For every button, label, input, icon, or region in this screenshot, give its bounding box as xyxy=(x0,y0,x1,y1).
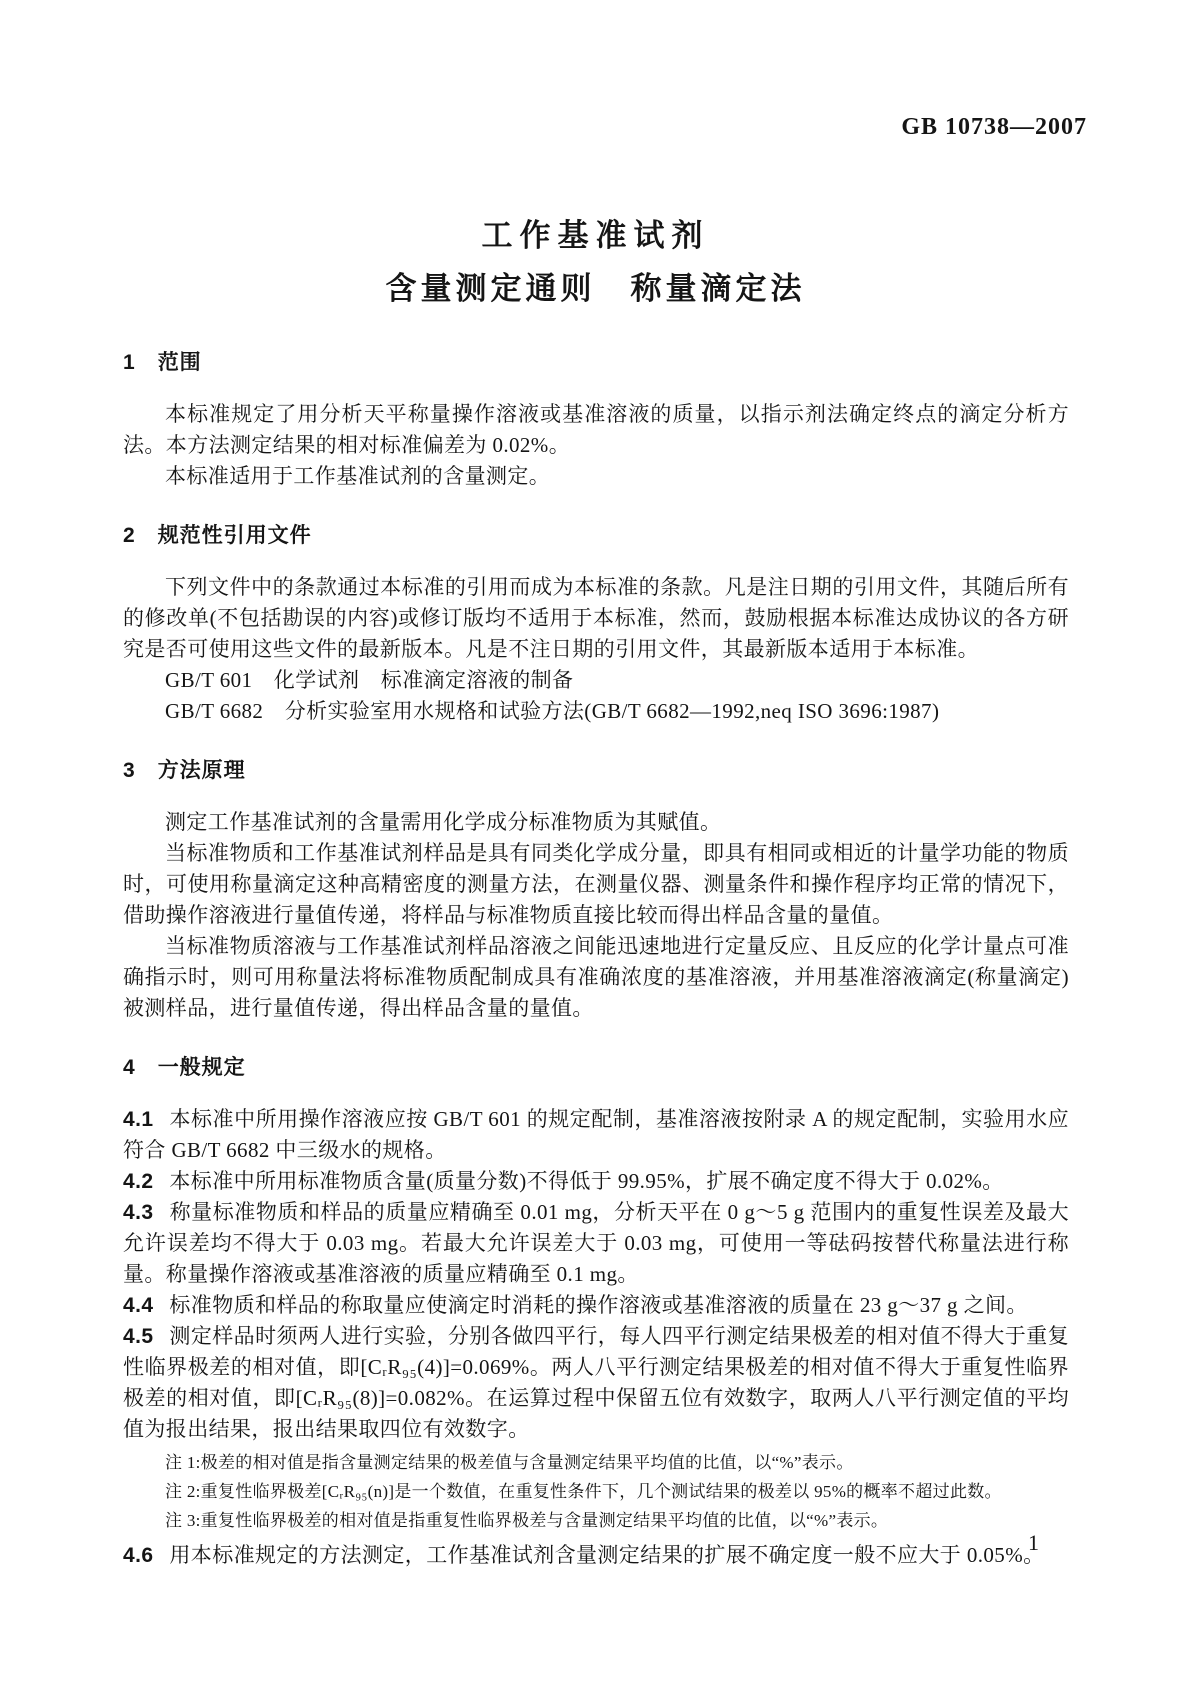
clause-number: 4.5 xyxy=(123,1325,153,1348)
clause-text: 测定样品时须两人进行实验，分别各做四平行，每人四平行测定结果极差的相对值不得大于… xyxy=(123,1324,1069,1441)
paragraph: 下列文件中的条款通过本标准的引用而成为本标准的条款。凡是注日期的引用文件，其随后… xyxy=(123,572,1069,665)
paragraph: 本标准适用于工作基准试剂的含量测定。 xyxy=(123,461,1069,492)
section-title: 规范性引用文件 xyxy=(158,524,312,547)
document-title: 工作基准试剂 含量测定通则 称量滴定法 xyxy=(0,210,1191,308)
paragraph: 本标准规定了用分析天平称量操作溶液或基准溶液的质量，以指示剂法确定终点的滴定分析… xyxy=(123,399,1069,461)
section-heading-principle: 3方法原理 xyxy=(123,754,1069,784)
section-number: 2 xyxy=(123,524,136,547)
note-2: 注 2:重复性临界极差[CᵣR₉₅(n)]是一个数值，在重复性条件下，几个测试结… xyxy=(123,1477,1069,1506)
section-title: 方法原理 xyxy=(158,759,246,782)
section-heading-general: 4一般规定 xyxy=(123,1051,1069,1081)
clause-number: 4.4 xyxy=(123,1294,153,1317)
paragraph: 测定工作基准试剂的含量需用化学成分标准物质为其赋值。 xyxy=(123,807,1069,838)
clause-4-2: 4.2本标准中所用标准物质含量(质量分数)不得低于 99.95%，扩展不确定度不… xyxy=(123,1166,1069,1197)
reference-item: GB/T 6682 分析实验室用水规格和试验方法(GB/T 6682—1992,… xyxy=(123,696,1069,727)
notes-block: 注 1:极差的相对值是指含量测定结果的极差值与含量测定结果平均值的比值，以“%”… xyxy=(123,1448,1069,1535)
clause-number: 4.6 xyxy=(123,1544,153,1567)
section-number: 4 xyxy=(123,1056,136,1079)
section-heading-scope: 1范围 xyxy=(123,346,1069,376)
document-page: GB 10738—2007 工作基准试剂 含量测定通则 称量滴定法 1范围 本标… xyxy=(0,0,1191,1684)
note-3: 注 3:重复性临界极差的相对值是指重复性临界极差与含量测定结果平均值的比值，以“… xyxy=(123,1506,1069,1535)
clause-text: 本标准中所用标准物质含量(质量分数)不得低于 99.95%，扩展不确定度不得大于… xyxy=(169,1169,1003,1193)
reference-item: GB/T 601 化学试剂 标准滴定溶液的制备 xyxy=(123,665,1069,696)
section-heading-references: 2规范性引用文件 xyxy=(123,519,1069,549)
paragraph: 当标准物质溶液与工作基准试剂样品溶液之间能迅速地进行定量反应、且反应的化学计量点… xyxy=(123,931,1069,1024)
note-1: 注 1:极差的相对值是指含量测定结果的极差值与含量测定结果平均值的比值，以“%”… xyxy=(123,1448,1069,1477)
paragraph: 当标准物质和工作基准试剂样品是具有同类化学成分量，即具有相同或相近的计量学功能的… xyxy=(123,838,1069,931)
clause-4-6: 4.6用本标准规定的方法测定，工作基准试剂含量测定结果的扩展不确定度一般不应大于… xyxy=(123,1540,1069,1571)
clause-text: 用本标准规定的方法测定，工作基准试剂含量测定结果的扩展不确定度一般不应大于 0.… xyxy=(169,1543,1044,1567)
document-body: 1范围 本标准规定了用分析天平称量操作溶液或基准溶液的质量，以指示剂法确定终点的… xyxy=(123,346,1069,1571)
standard-code: GB 10738—2007 xyxy=(901,114,1087,141)
clause-4-1: 4.1本标准中所用操作溶液应按 GB/T 601 的规定配制，基准溶液按附录 A… xyxy=(123,1104,1069,1166)
section-number: 3 xyxy=(123,759,136,782)
clause-text: 标准物质和样品的称取量应使滴定时消耗的操作溶液或基准溶液的质量在 23 g～37… xyxy=(169,1293,1027,1317)
section-title: 范围 xyxy=(158,351,202,374)
page-number: 1 xyxy=(1028,1530,1039,1556)
clause-number: 4.1 xyxy=(123,1108,153,1131)
section-number: 1 xyxy=(123,351,136,374)
title-line-2: 含量测定通则 称量滴定法 xyxy=(0,263,1191,308)
clause-number: 4.3 xyxy=(123,1201,153,1224)
clause-number: 4.2 xyxy=(123,1170,153,1193)
clause-4-5: 4.5测定样品时须两人进行实验，分别各做四平行，每人四平行测定结果极差的相对值不… xyxy=(123,1321,1069,1445)
section-title: 一般规定 xyxy=(158,1056,246,1079)
clause-text: 本标准中所用操作溶液应按 GB/T 601 的规定配制，基准溶液按附录 A 的规… xyxy=(123,1107,1069,1162)
clause-4-3: 4.3称量标准物质和样品的质量应精确至 0.01 mg，分析天平在 0 g～5 … xyxy=(123,1197,1069,1290)
title-line-1: 工作基准试剂 xyxy=(0,210,1191,255)
clause-text: 称量标准物质和样品的质量应精确至 0.01 mg，分析天平在 0 g～5 g 范… xyxy=(123,1200,1069,1286)
clause-4-4: 4.4标准物质和样品的称取量应使滴定时消耗的操作溶液或基准溶液的质量在 23 g… xyxy=(123,1290,1069,1321)
